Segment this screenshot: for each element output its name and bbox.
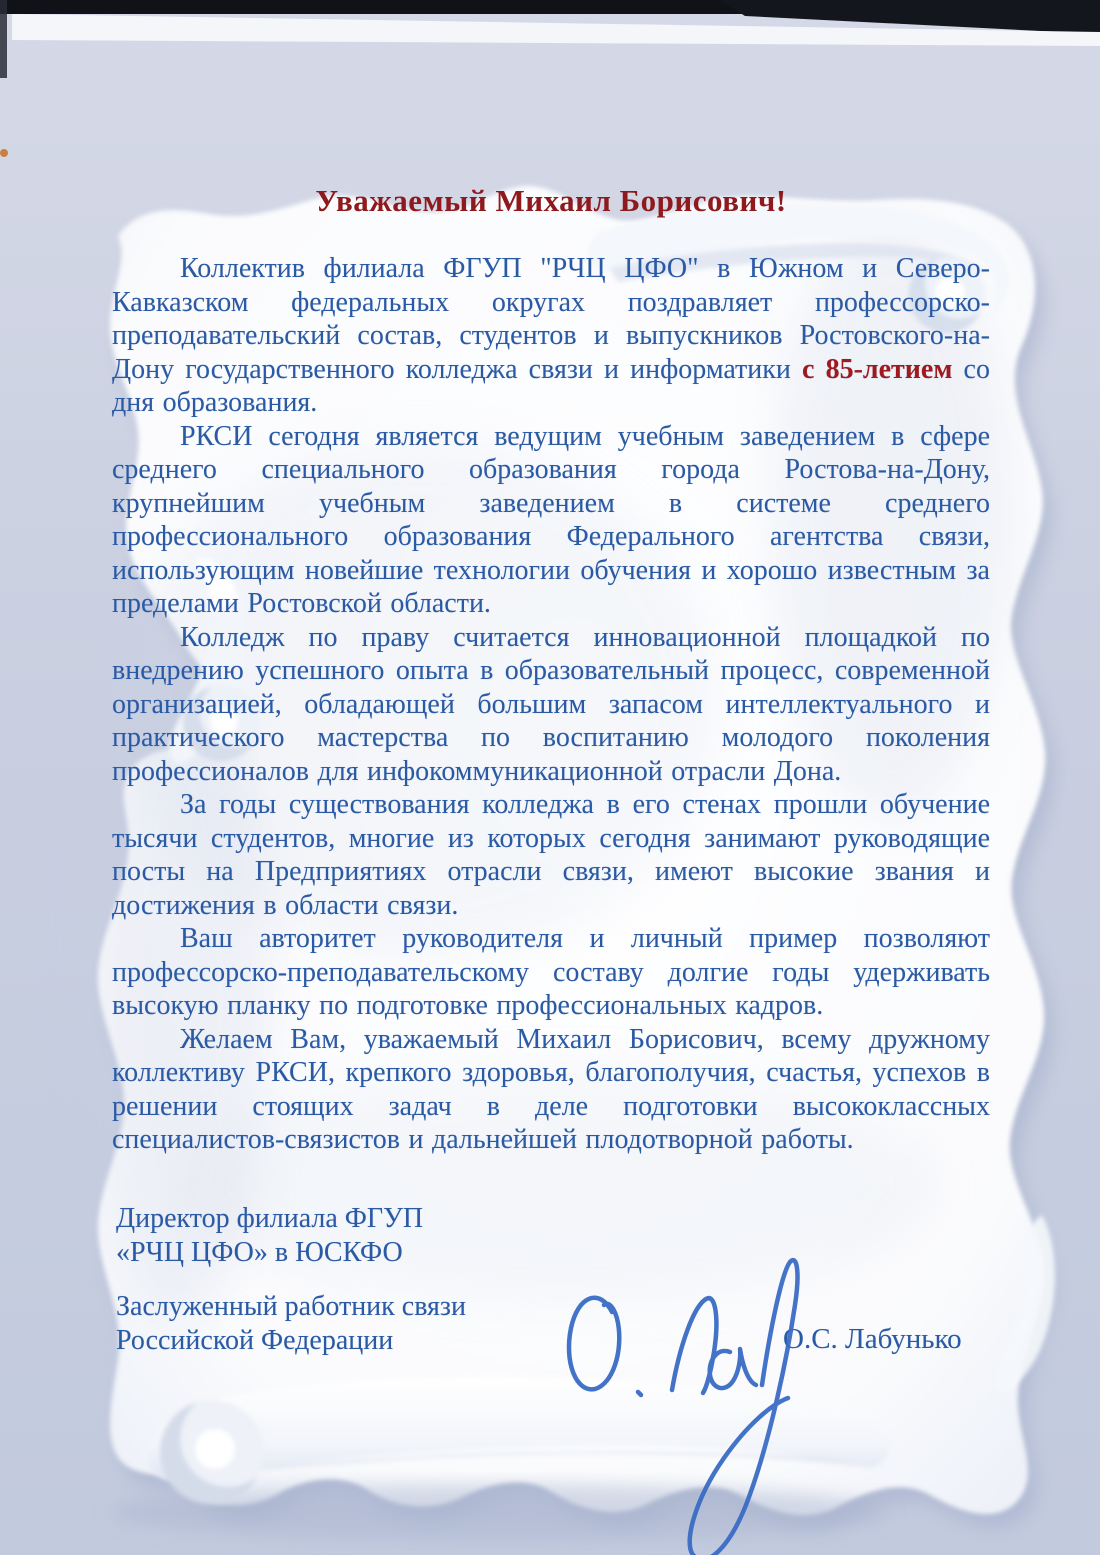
handwritten-signature [0, 0, 1100, 1555]
letter-page: Уважаемый Михаил Борисович! Коллектив фи… [0, 0, 1100, 1555]
